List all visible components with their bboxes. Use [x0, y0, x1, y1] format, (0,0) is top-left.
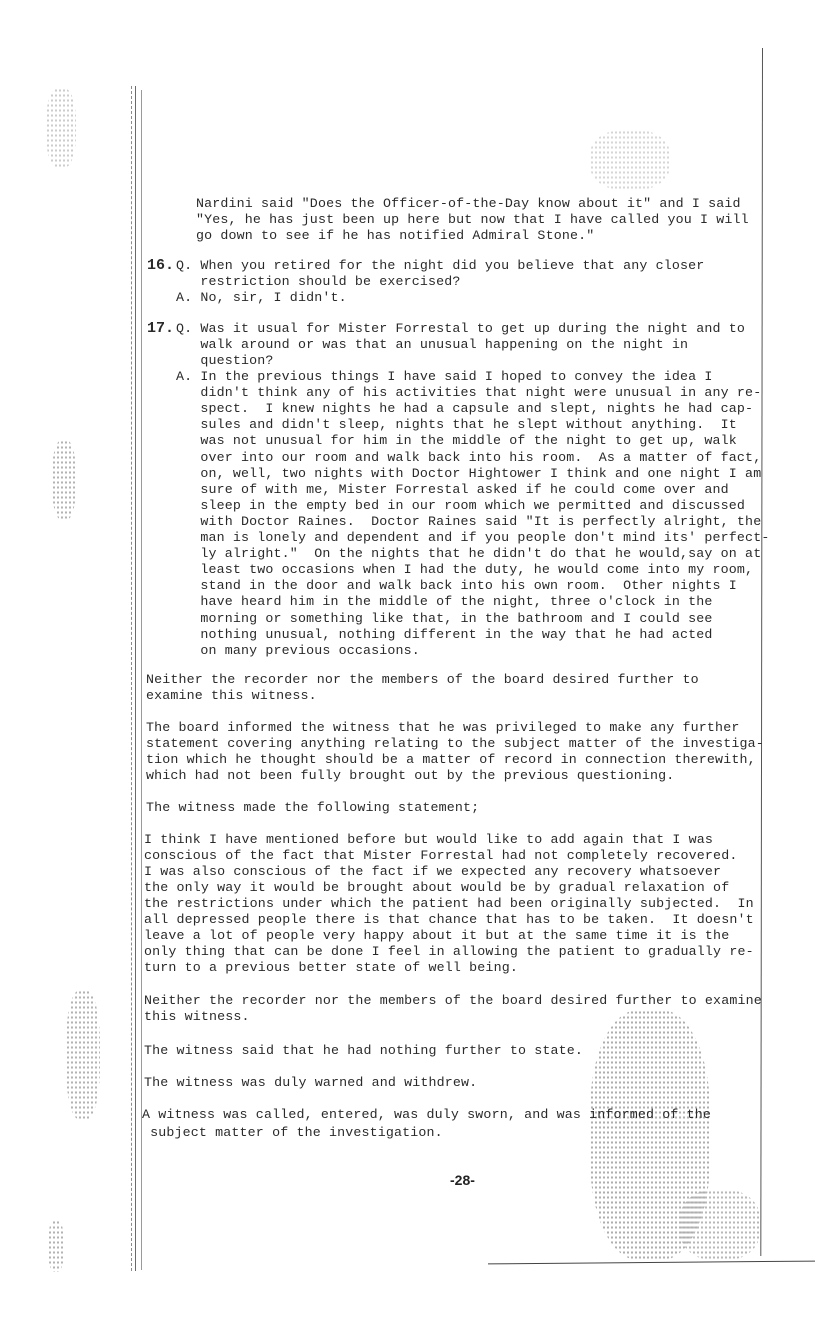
opening-line: "Yes, he has just been up here but now t…	[196, 212, 749, 228]
left-margin-rule-inner	[141, 90, 142, 1270]
answer-line: on, well, two nights with Doctor Hightow…	[176, 466, 761, 482]
paragraph-line: Neither the recorder nor the members of …	[146, 672, 699, 688]
answer-line: man is lonely and dependent and if you p…	[176, 530, 769, 546]
answer-line: morning or something like that, in the b…	[176, 611, 713, 627]
scan-noise	[52, 440, 76, 520]
answer-line: sure of with me, Mister Forrestal asked …	[176, 482, 729, 498]
statement-line: leave a lot of people very happy about i…	[144, 928, 729, 944]
paragraph-line: subject matter of the investigation.	[142, 1125, 443, 1141]
statement-line: the restrictions under which the patient…	[144, 896, 754, 912]
opening-line: go down to see if he has notified Admira…	[196, 228, 594, 244]
paragraph-line: The witness made the following statement…	[146, 800, 479, 816]
paragraph-line: this witness.	[144, 1009, 250, 1025]
answer-line: with Doctor Raines. Doctor Raines said "…	[176, 514, 761, 530]
paragraph-line: tion which he thought should be a matter…	[146, 752, 756, 768]
opening-line: Nardini said "Does the Officer-of-the-Da…	[196, 196, 741, 212]
answer-line: ly alright." On the nights that he didn'…	[176, 546, 761, 562]
scan-noise	[590, 130, 670, 190]
answer-line: sules and didn't sleep, nights that he s…	[176, 417, 737, 433]
answer-line: least two occasions when I had the duty,…	[176, 562, 753, 578]
right-margin-rule	[760, 48, 763, 1256]
question-line: Q. When you retired for the night did yo…	[176, 258, 704, 274]
document-page: Nardini said "Does the Officer-of-the-Da…	[0, 0, 815, 1344]
answer-line: A. In the previous things I have said I …	[176, 369, 713, 385]
statement-line: I was also conscious of the fact if we e…	[144, 864, 721, 880]
page-number: -28-	[450, 1172, 475, 1188]
bottom-edge-rule	[488, 1261, 815, 1265]
answer-line: spect. I knew nights he had a capsule an…	[176, 401, 753, 417]
answer-line: sleep in the empty bed in our room which…	[176, 498, 745, 514]
answer-line: was not unusual for him in the middle of…	[176, 433, 737, 449]
statement-line: conscious of the fact that Mister Forres…	[144, 848, 737, 864]
paragraph-line: Neither the recorder nor the members of …	[144, 993, 762, 1009]
question-number: 16.	[147, 257, 174, 274]
question-number: 17.	[147, 320, 174, 337]
answer-line: have heard him in the middle of the nigh…	[176, 594, 713, 610]
answer-line: on many previous occasions.	[176, 643, 420, 659]
paragraph-line: A witness was called, entered, was duly …	[142, 1107, 711, 1123]
statement-line: turn to a previous better state of well …	[144, 960, 518, 976]
paragraph-line: which had not been fully brought out by …	[146, 768, 674, 784]
question-line: Q. Was it usual for Mister Forrestal to …	[176, 321, 745, 337]
paragraph-line: examine this witness.	[146, 688, 317, 704]
paragraph-line: statement covering anything relating to …	[146, 736, 764, 752]
scan-noise	[66, 990, 100, 1120]
answer-line: over into our room and walk back into hi…	[176, 450, 761, 466]
scan-noise	[46, 88, 76, 168]
left-margin-rule	[131, 86, 136, 1271]
paragraph-line: The board informed the witness that he w…	[146, 720, 739, 736]
paragraph-line: The witness was duly warned and withdrew…	[144, 1075, 477, 1091]
scan-noise	[680, 1190, 760, 1260]
paragraph-line: The witness said that he had nothing fur…	[144, 1043, 583, 1059]
question-line: question?	[176, 353, 274, 369]
question-line: restriction should be exercised?	[176, 274, 461, 290]
answer-line: stand in the door and walk back into his…	[176, 578, 737, 594]
statement-line: I think I have mentioned before but woul…	[144, 832, 713, 848]
question-line: walk around or was that an unusual happe…	[176, 337, 688, 353]
answer-line: A. No, sir, I didn't.	[176, 290, 347, 306]
scan-noise	[48, 1220, 64, 1272]
answer-line: didn't think any of his activities that …	[176, 385, 761, 401]
answer-line: nothing unusual, nothing different in th…	[176, 627, 713, 643]
statement-line: only thing that can be done I feel in al…	[144, 944, 754, 960]
statement-line: the only way it would be brought about w…	[144, 880, 729, 896]
statement-line: all depressed people there is that chanc…	[144, 912, 754, 928]
